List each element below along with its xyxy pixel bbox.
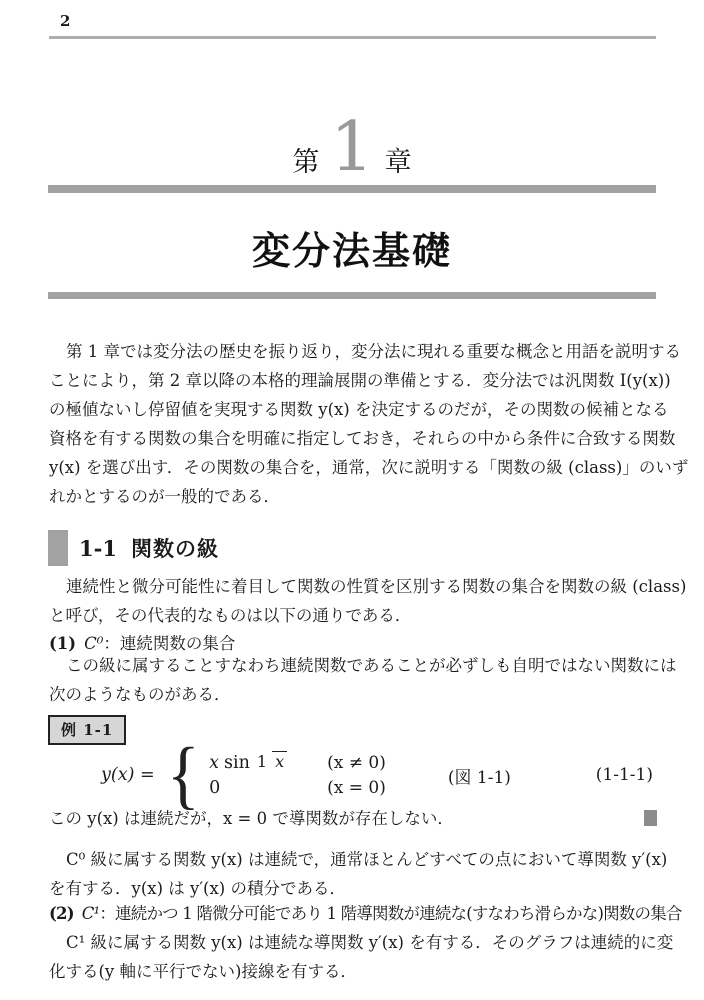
chapter-rule-bottom bbox=[48, 292, 656, 299]
chapter-suffix: 章 bbox=[385, 149, 412, 180]
chapter-rule-top bbox=[48, 185, 656, 193]
example-conclusion: この y(x) は連続だが，x = 0 で導関数が存在しない． bbox=[49, 804, 655, 833]
section-number: 1-1 bbox=[79, 536, 117, 561]
figure-reference: (図 1-1) bbox=[448, 763, 511, 788]
case1-function: sin bbox=[224, 753, 250, 773]
paragraph-line: 第 1 章では変分法の歴史を振り返り，変分法に現れる重要な概念と用語を説明する bbox=[49, 337, 655, 366]
end-of-example-icon bbox=[644, 810, 657, 826]
section-heading: 1-1 関数の級 bbox=[48, 530, 219, 566]
paragraph-line: この級に属することすなわち連続関数であることが必ずしも自明ではない関数には bbox=[49, 651, 655, 680]
example-label: 例 1-1 bbox=[61, 721, 113, 739]
class-definition-paragraph: 連続性と微分可能性に着目して関数の性質を区別する関数の集合を関数の級 (clas… bbox=[49, 572, 655, 630]
fraction: 1 x bbox=[257, 754, 287, 771]
fraction-denominator: x bbox=[272, 751, 287, 771]
class-symbol: C¹ bbox=[82, 904, 100, 923]
paragraph-line: 資格を有する関数の集合を明確に指定しておき，それらの中から条件に合致する関数 bbox=[49, 424, 655, 453]
page-number: 2 bbox=[60, 12, 70, 30]
c1-detail-paragraph: C¹ 級に属する関数 y(x) は連続な導関数 y′(x) を有する．そのグラフ… bbox=[49, 928, 655, 986]
chapter-title: 変分法基礎 bbox=[0, 220, 704, 275]
paragraph-line: れかとするのが一般的である． bbox=[49, 482, 655, 511]
case1-variable: x bbox=[209, 753, 219, 773]
equation-number: (1-1-1) bbox=[596, 765, 653, 785]
case-condition: (x = 0) bbox=[327, 778, 386, 798]
fraction-numerator: 1 bbox=[257, 752, 267, 771]
c0-note-paragraph: この級に属することすなわち連続関数であることが必ずしも自明ではない関数には 次の… bbox=[49, 651, 655, 709]
paragraph-line: 連続性と微分可能性に着目して関数の性質を区別する関数の集合を関数の級 (clas… bbox=[49, 572, 655, 601]
case-condition: (x ≠ 0) bbox=[327, 753, 386, 773]
item-marker: (2) bbox=[49, 904, 74, 923]
equation-1-1-1: y(x) = { x sin 1 x (x ≠ 0) 0 (x = 0) (図 … bbox=[49, 741, 655, 809]
chapter-prefix: 第 bbox=[292, 149, 319, 180]
paragraph-line: C¹ 級に属する関数 y(x) は連続な導関数 y′(x) を有する．そのグラフ… bbox=[49, 928, 655, 957]
chapter-heading: 第 1 章 bbox=[0, 106, 704, 180]
list-item-c1: (2)C¹：連続かつ 1 階微分可能であり 1 階導関数が連続な(すなわち滑らか… bbox=[49, 899, 655, 928]
case2-value: 0 bbox=[209, 778, 220, 798]
header-rule bbox=[49, 36, 656, 39]
paragraph-line: 次のようなものがある． bbox=[49, 680, 655, 709]
cases-brace: { bbox=[166, 744, 199, 806]
section-marker-icon bbox=[48, 530, 68, 566]
intro-paragraph: 第 1 章では変分法の歴史を振り返り，変分法に現れる重要な概念と用語を説明する … bbox=[49, 337, 655, 511]
equation-cases: x sin 1 x (x ≠ 0) 0 (x = 0) bbox=[209, 753, 386, 798]
paragraph-line: ことにより，第 2 章以降の本格的理論展開の準備とする．変分法では汎関数 I(y… bbox=[49, 366, 655, 395]
section-title: 関数の級 bbox=[131, 533, 219, 563]
paragraph-line: の極値ないし停留値を実現する関数 y(x) を決定するのだが，その関数の候補とな… bbox=[49, 395, 655, 424]
paragraph-line: C⁰ 級に属する関数 y(x) は連続で，通常ほとんどすべての点において導関数 … bbox=[49, 845, 655, 874]
paragraph-line: y(x) を選び出す．その関数の集合を，通常，次に説明する「関数の級 (clas… bbox=[49, 453, 655, 482]
chapter-number: 1 bbox=[330, 117, 373, 180]
c0-detail-paragraph: C⁰ 級に属する関数 y(x) は連続で，通常ほとんどすべての点において導関数 … bbox=[49, 845, 655, 903]
item-text: ：連続かつ 1 階微分可能であり 1 階導関数が連続な(すなわち滑らかな)関数の… bbox=[99, 904, 681, 923]
equation-lhs: y(x) = bbox=[101, 765, 155, 785]
paragraph-line: 化する(y 軸に平行でない)接線を有する． bbox=[49, 957, 655, 986]
case-expression: 0 bbox=[209, 778, 327, 798]
paragraph-line: と呼び，その代表的なものは以下の通りである． bbox=[49, 601, 655, 630]
textbook-page: 2 第 1 章 変分法基礎 第 1 章では変分法の歴史を振り返り，変分法に現れる… bbox=[0, 0, 704, 1000]
case-expression: x sin 1 x bbox=[209, 753, 327, 773]
